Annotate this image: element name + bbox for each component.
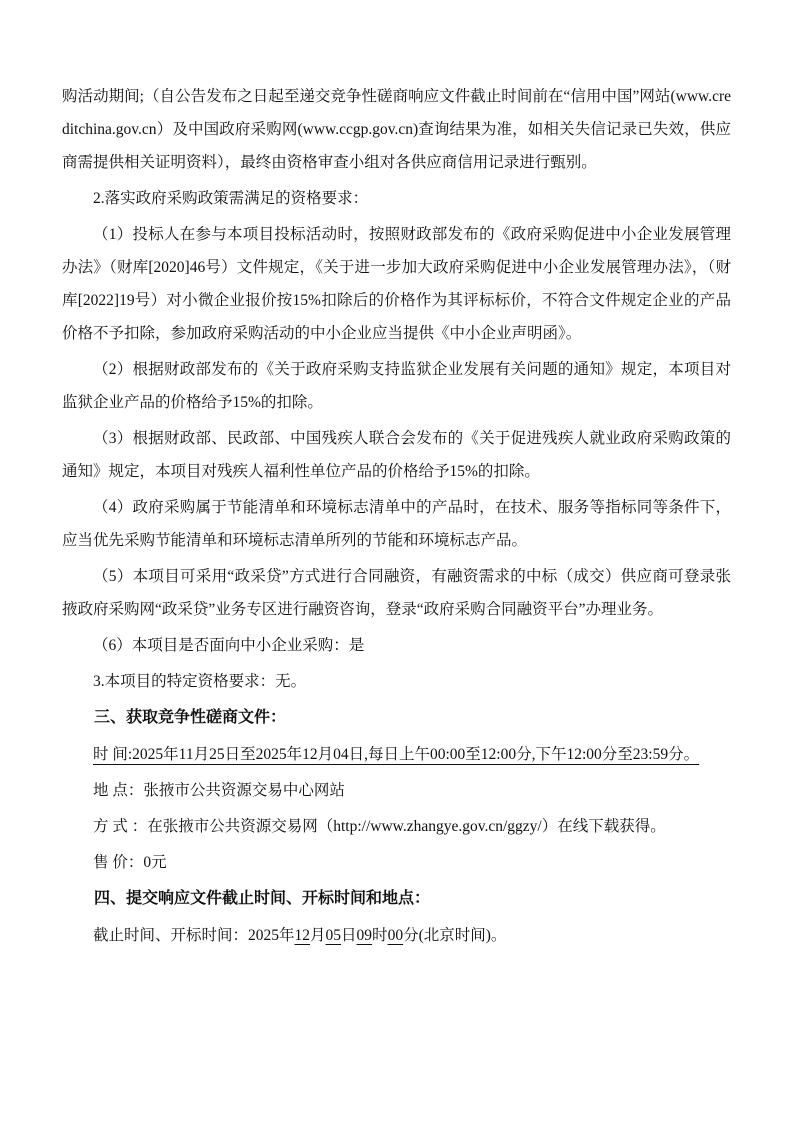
section-heading-submission-deadline: 四、提交响应文件截止时间、开标时间和地点：	[62, 882, 731, 915]
paragraph-document-location: 地 点：张掖市公共资源交易中心网站	[62, 774, 731, 807]
policy-item-4: （4）政府采购属于节能清单和环境标志清单中的产品时，在技术、服务等指标同等条件下…	[62, 491, 731, 557]
deadline-day-unit: 日	[341, 927, 357, 944]
paragraph-document-price: 售 价：0元	[62, 846, 731, 879]
paragraph-document-method: 方 式 ：在张掖市公共资源交易网（http://www.zhangye.gov.…	[62, 810, 731, 843]
deadline-minute: 00	[388, 927, 404, 944]
section-heading-obtain-consultation-documents: 三、获取竞争性磋商文件：	[62, 701, 731, 734]
paragraph-credit-record-continuation: 购活动期间;（自公告发布之日起至递交竞争性磋商响应文件截止时间前在“信用中国”网…	[62, 80, 731, 179]
paragraph-deadline-datetime: 截止时间、开标时间：2025年12月05日09时00分(北京时间)。	[62, 919, 731, 952]
deadline-suffix: 分(北京时间)。	[403, 927, 506, 944]
policy-item-1: （1）投标人在参与本项目投标活动时，按照财政部发布的《政府采购促进中小企业发展管…	[62, 218, 731, 350]
paragraph-specific-qualification: 3.本项目的特定资格要求：无。	[62, 665, 731, 698]
paragraph-document-time: 时 间:2025年11月25日至2025年12月04日,每日上午00:00至12…	[62, 738, 731, 771]
policy-item-6: （6）本项目是否面向中小企业采购：是	[62, 629, 731, 662]
deadline-prefix: 截止时间、开标时间：2025年	[93, 927, 295, 944]
policy-item-5: （5）本项目可采用“政采贷”方式进行合同融资，有融资需求的中标（成交）供应商可登…	[62, 560, 731, 626]
deadline-day: 05	[326, 927, 342, 944]
paragraph-policy-requirements-intro: 2.落实政府采购政策需满足的资格要求：	[62, 182, 731, 215]
document-page: 购活动期间;（自公告发布之日起至递交竞争性磋商响应文件截止时间前在“信用中国”网…	[0, 0, 793, 1122]
deadline-hour-unit: 时	[372, 927, 388, 944]
policy-item-3: （3）根据财政部、民政部、中国残疾人联合会发布的《关于促进残疾人就业政府采购政策…	[62, 422, 731, 488]
deadline-hour: 09	[357, 927, 373, 944]
deadline-month-unit: 月	[310, 927, 326, 944]
policy-item-2: （2）根据财政部发布的《关于政府采购支持监狱企业发展有关问题的通知》规定，本项目…	[62, 353, 731, 419]
deadline-month: 12	[295, 927, 311, 944]
